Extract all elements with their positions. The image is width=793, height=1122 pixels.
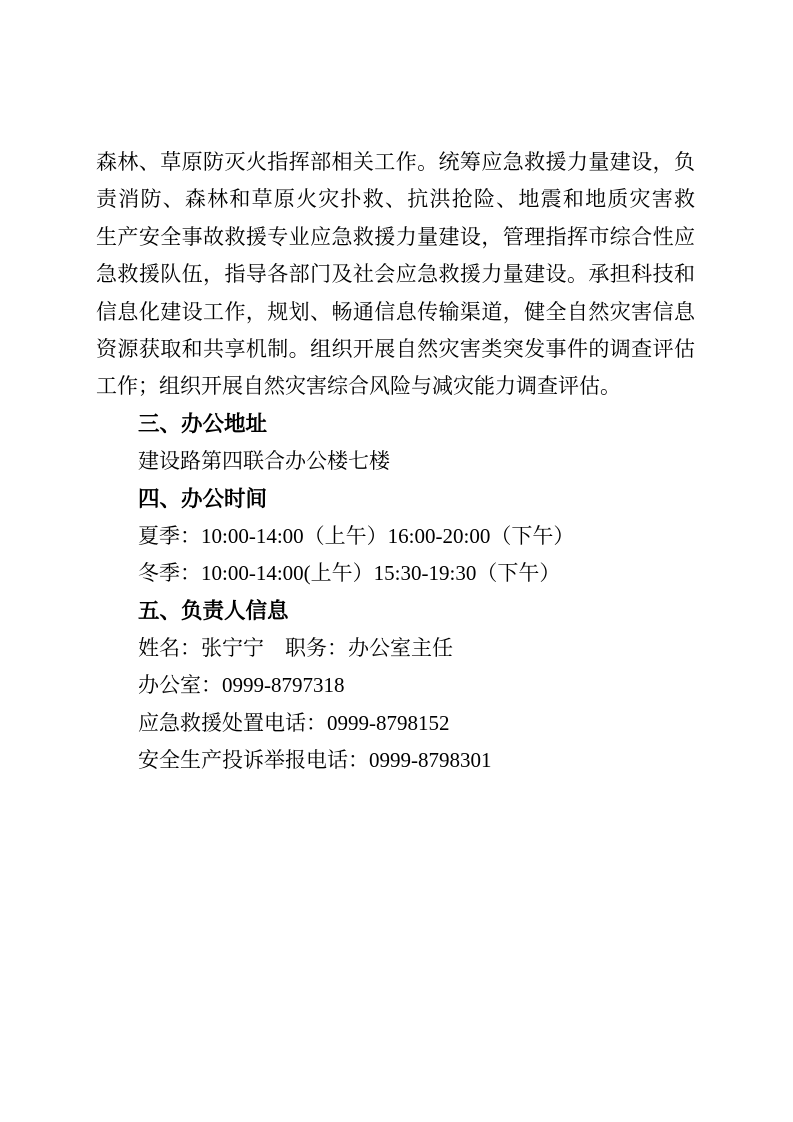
intro-paragraph: 森林、草原防灭火指挥部相关工作。统筹应急救援力量建设，负 责消防、森林和草原火灾… <box>96 144 695 406</box>
paragraph-line: 责消防、森林和草原火灾扑救、抗洪抢险、地震和地质灾害救援、 <box>96 181 695 218</box>
office-address-line: 建设路第四联合办公楼七楼 <box>96 443 695 480</box>
section-heading-office-address: 三、办公地址 <box>96 406 695 443</box>
document-page: 森林、草原防灭火指挥部相关工作。统筹应急救援力量建设，负 责消防、森林和草原火灾… <box>0 0 793 1122</box>
paragraph-line: 工作；组织开展自然灾害综合风险与减灾能力调查评估。 <box>96 368 695 405</box>
paragraph-line: 急救援队伍，指导各部门及社会应急救援力量建设。承担科技和 <box>96 256 695 293</box>
paragraph-line: 生产安全事故救援专业应急救援力量建设，管理指挥市综合性应 <box>96 219 695 256</box>
winter-hours-line: 冬季：10:00-14:00(上午）15:30-19:30（下午） <box>96 555 695 592</box>
section-heading-office-hours: 四、办公时间 <box>96 481 695 518</box>
document-content: 森林、草原防灭火指挥部相关工作。统筹应急救援力量建设，负 责消防、森林和草原火灾… <box>96 144 695 780</box>
office-phone-line: 办公室：0999-8797318 <box>96 667 695 704</box>
paragraph-line: 资源获取和共享机制。组织开展自然灾害类突发事件的调查评估 <box>96 331 695 368</box>
summer-hours-line: 夏季：10:00-14:00（上午）16:00-20:00（下午） <box>96 518 695 555</box>
contact-name-title-line: 姓名：张宁宁 职务：办公室主任 <box>96 630 695 667</box>
paragraph-line: 森林、草原防灭火指挥部相关工作。统筹应急救援力量建设，负 <box>96 144 695 181</box>
safety-complaint-phone-line: 安全生产投诉举报电话：0999-8798301 <box>96 742 695 779</box>
section-heading-contact-info: 五、负责人信息 <box>96 593 695 630</box>
emergency-response-phone-line: 应急救援处置电话：0999-8798152 <box>96 705 695 742</box>
paragraph-line: 信息化建设工作，规划、畅通信息传输渠道，健全自然灾害信息 <box>96 294 695 331</box>
